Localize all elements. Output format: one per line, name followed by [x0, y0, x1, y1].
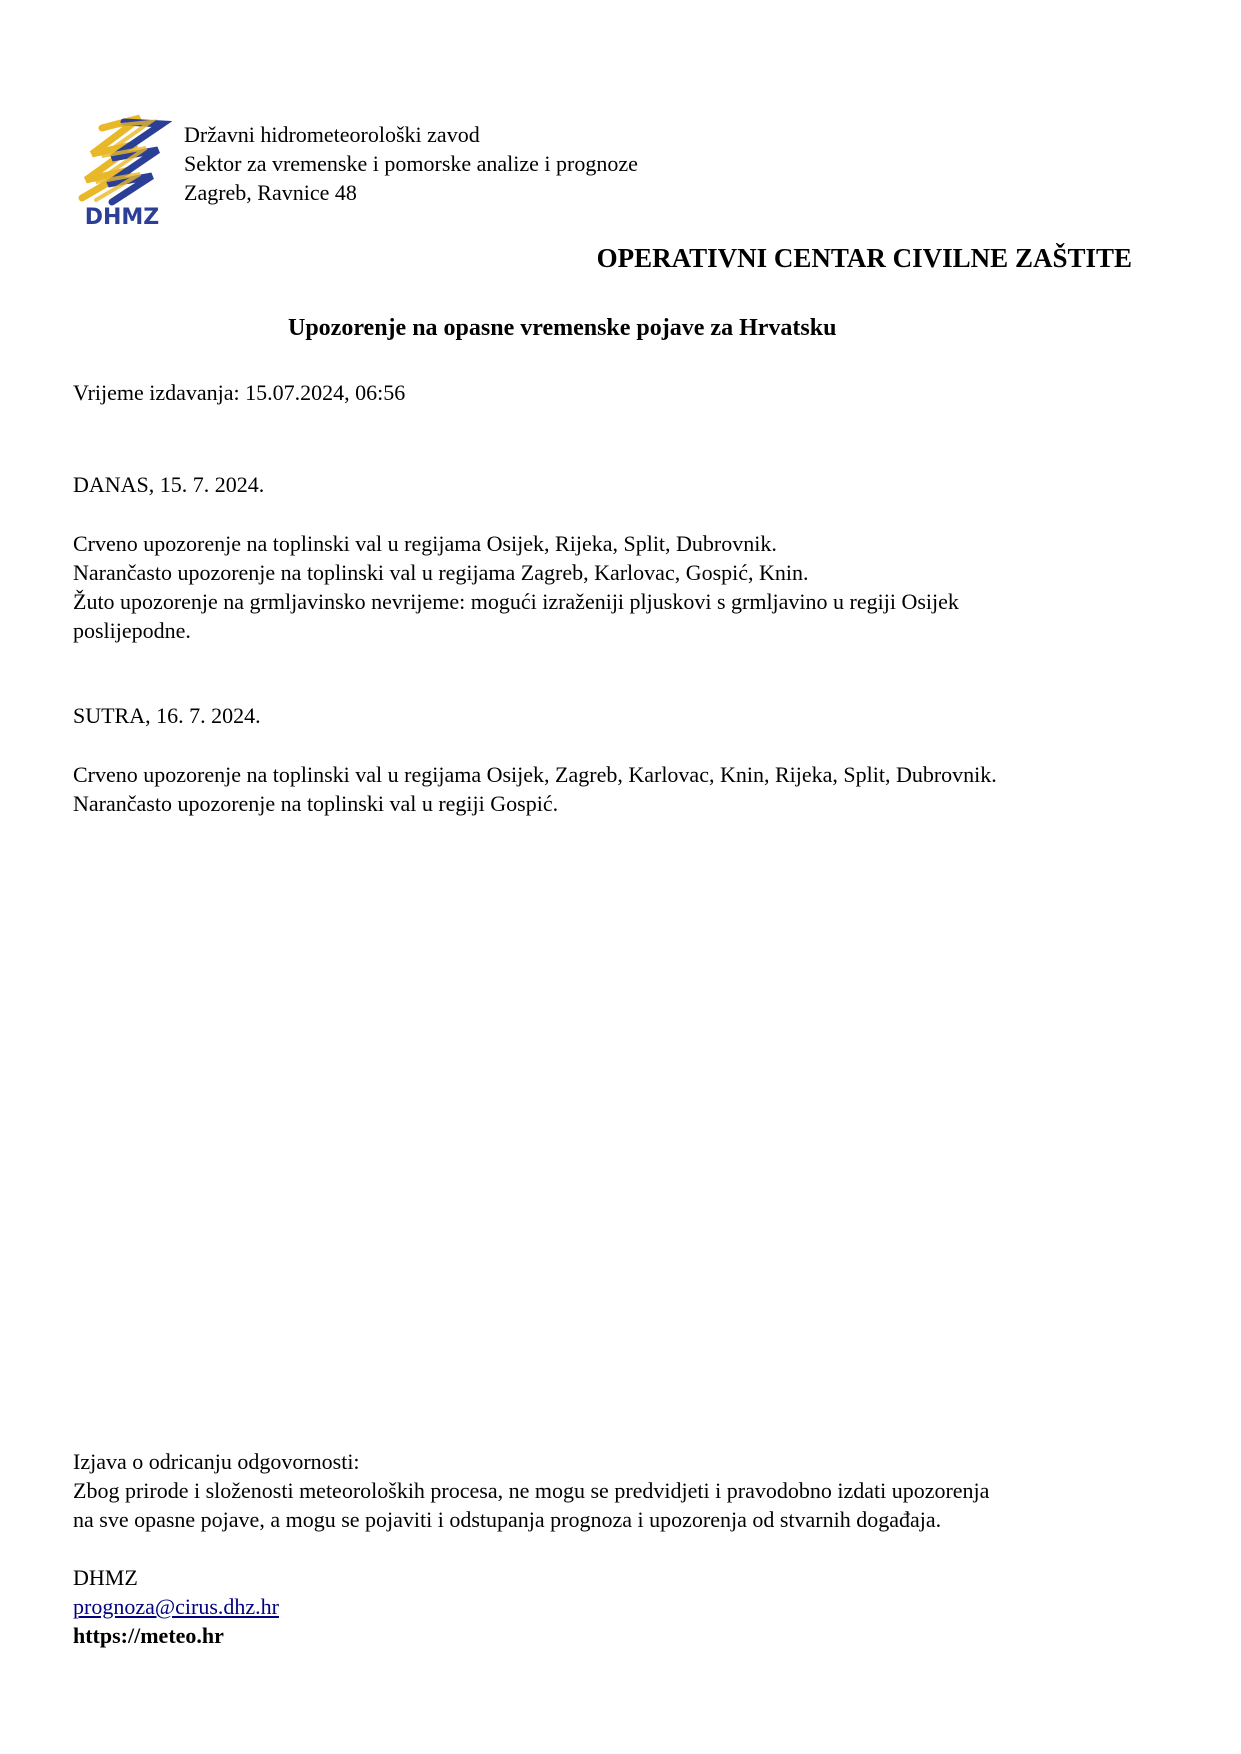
sector-name: Sektor za vremenske i pomorske analize i… [184, 149, 638, 178]
issue-time: Vrijeme izdavanja: 15.07.2024, 06:56 [73, 378, 405, 407]
disclaimer-line: na sve opasne pojave, a mogu se pojaviti… [73, 1505, 941, 1534]
footer-org: DHMZ [73, 1563, 138, 1592]
warning-line: Žuto upozorenje na grmljavinsko nevrijem… [73, 587, 959, 616]
org-name: Državni hidrometeorološki zavod [184, 120, 480, 149]
section-heading-tomorrow: SUTRA, 16. 7. 2024. [73, 701, 261, 730]
warning-line: Crveno upozorenje na toplinski val u reg… [73, 529, 777, 558]
logo-text: DHMZ [85, 205, 160, 228]
org-address: Zagreb, Ravnice 48 [184, 178, 357, 207]
document-title: Upozorenje na opasne vremenske pojave za… [288, 313, 836, 343]
warning-line: Narančasto upozorenje na toplinski val u… [73, 789, 558, 818]
email-link[interactable]: prognoza@cirus.dhz.hr [73, 1592, 279, 1621]
disclaimer-heading: Izjava o odricanju odgovornosti: [73, 1447, 360, 1476]
website-link[interactable]: https://meteo.hr [73, 1621, 224, 1650]
recipient-title: OPERATIVNI CENTAR CIVILNE ZAŠTITE [597, 242, 1132, 274]
disclaimer-line: Zbog prirode i složenosti meteoroloških … [73, 1476, 989, 1505]
warning-line: poslijepodne. [73, 616, 191, 645]
section-heading-today: DANAS, 15. 7. 2024. [73, 470, 264, 499]
warning-line: Narančasto upozorenje na toplinski val u… [73, 558, 809, 587]
warning-line: Crveno upozorenje na toplinski val u reg… [73, 760, 997, 789]
dhmz-logo-icon: DHMZ [72, 114, 172, 228]
